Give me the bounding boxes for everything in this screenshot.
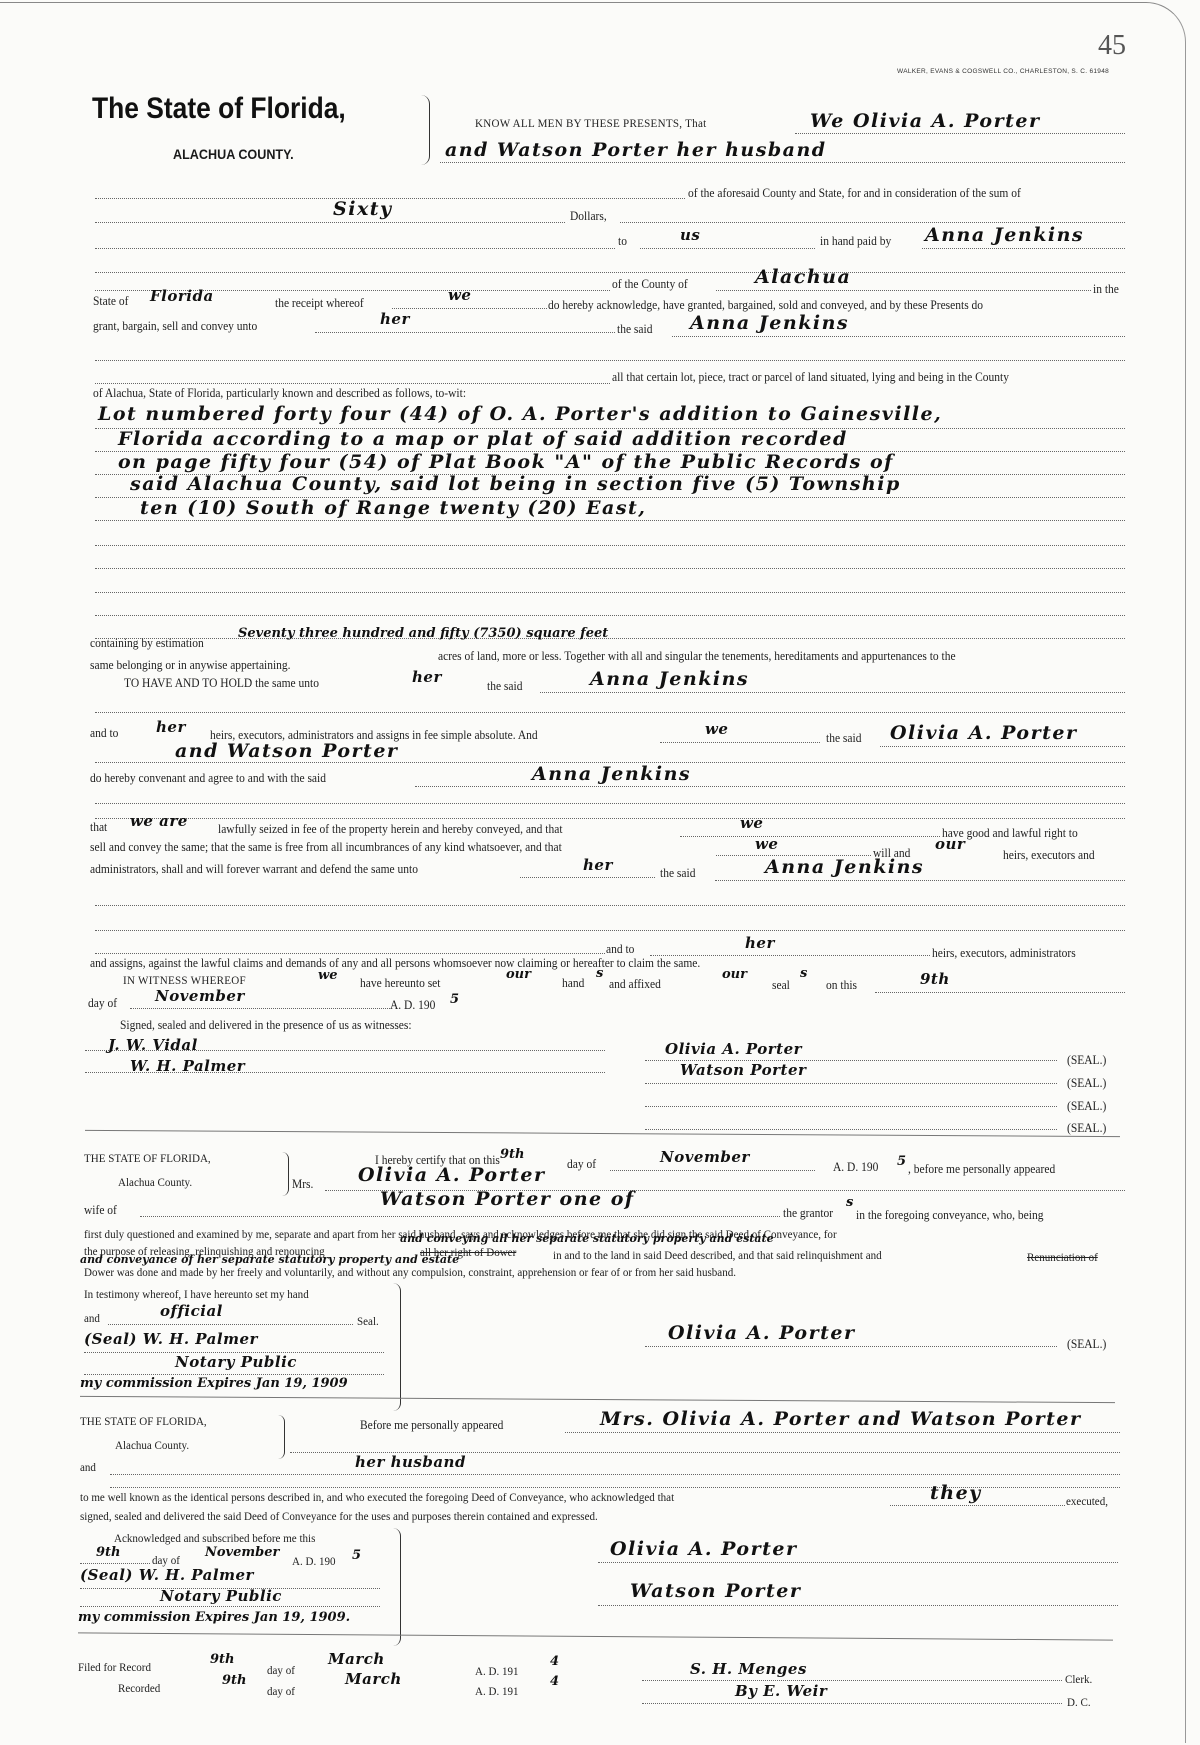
state-title: The State of Florida, [92, 92, 346, 126]
brace [278, 1415, 285, 1459]
to-have-value: her [412, 668, 442, 686]
to-label: to [618, 234, 627, 249]
seal-text: Seal. [357, 1314, 379, 1329]
notary-commission: my commission Expires Jan 19, 1909 [80, 1376, 348, 1391]
fill-line [640, 248, 815, 249]
fill-line [140, 1216, 780, 1217]
signer-2: Watson Porter [680, 1061, 806, 1079]
and-to-value-2: her [745, 934, 775, 952]
deputy-clerk-label: D. C. [1067, 1695, 1091, 1710]
admins-value: her [583, 856, 613, 874]
description-line-4: said Alachua County, said lot being in s… [130, 473, 901, 495]
receipt-value: we [448, 286, 471, 304]
fill-line [95, 520, 1125, 521]
county-heading: ALACHUA COUNTY. [173, 146, 294, 162]
and-to-label-2: and to [606, 942, 634, 957]
seal-label: seal [772, 978, 790, 993]
aforesaid-text: of the aforesaid County and State, for a… [688, 186, 1021, 201]
year-value: 5 [450, 992, 459, 1007]
recorded-year-value: 4 [550, 1674, 559, 1689]
state-label: THE STATE OF FLORIDA, [84, 1151, 211, 1166]
of-county-label: of the County of [612, 277, 688, 292]
in-witness-label: IN WITNESS WHEREOF [123, 973, 246, 988]
executed-label: executed, [1066, 1494, 1108, 1509]
fill-line [95, 615, 1125, 616]
to-value: us [680, 226, 700, 244]
fill-line [645, 1129, 1057, 1130]
grantee-value: Anna Jenkins [690, 312, 849, 334]
description-line-1: Lot numbered forty four (44) of O. A. Po… [98, 403, 942, 425]
fill-line [880, 746, 1125, 747]
fill-line [520, 877, 655, 878]
fill-line [95, 930, 1125, 931]
notary-name: (Seal) W. H. Palmer [84, 1330, 258, 1348]
containing-label: containing by estimation [90, 636, 204, 651]
certify-year-value: 5 [897, 1154, 906, 1169]
fill-line [680, 836, 940, 837]
and-value-2: her husband [355, 1453, 466, 1471]
affixed-label: and affixed [609, 977, 661, 992]
and-label-2: and [80, 1460, 96, 1475]
clerk-signature: S. H. Menges [690, 1660, 807, 1678]
fill-line [642, 1703, 1062, 1704]
and-value: we [705, 720, 728, 738]
notary-title: Notary Public [175, 1353, 297, 1371]
subscribed-month-value: November [205, 1545, 279, 1560]
seized-value: we [740, 814, 763, 832]
receipt-label: the receipt whereof [275, 296, 364, 311]
and-label: and [84, 1311, 100, 1326]
description-line-3: on page fifty four (54) of Plat Book "A"… [118, 451, 894, 473]
seal-label-4: (SEAL.) [1067, 1121, 1106, 1136]
appeared-label: , before me personally appeared [908, 1162, 1055, 1177]
filed-label: Filed for Record [78, 1660, 151, 1675]
ad-label: A. D. 190 [390, 998, 435, 1013]
and-to-label: and to [90, 726, 118, 741]
fill-line [415, 786, 1125, 787]
paid-by-label: in hand paid by [820, 234, 891, 249]
ad-label-3: A. D. 191 [475, 1664, 519, 1679]
heirs-text-3: heirs, executors, administrators [932, 946, 1076, 961]
of-alachua-text: of Alachua, State of Florida, particular… [93, 386, 466, 401]
brace [393, 1528, 401, 1646]
mrs-value: Olivia A. Porter [358, 1164, 545, 1186]
fill-line [95, 272, 1125, 273]
fill-line [645, 1346, 1057, 1347]
that-label: that [90, 820, 107, 835]
the-said-label-2: the said [826, 731, 861, 746]
warrant-grantee: Anna Jenkins [765, 856, 924, 878]
sell-text: sell and convey the same; that the same … [90, 840, 562, 855]
in-witness-value: we [318, 968, 337, 983]
all-that-text: all that certain lot, piece, tract or pa… [612, 370, 1009, 385]
fill-line [95, 545, 1125, 546]
fill-line [645, 1083, 1057, 1084]
subscribed-year-value: 5 [352, 1548, 361, 1563]
deed-page: 45 WALKER, EVANS & COGSWELL CO., CHARLES… [0, 0, 1200, 1745]
well-known-value: they [930, 1482, 982, 1504]
dollars-label: Dollars, [570, 209, 607, 224]
the-said-label-3: the said [660, 866, 695, 881]
fill-line [315, 332, 615, 333]
signer-1: Olivia A. Porter [665, 1040, 802, 1058]
description-line-2: Florida according to a map or plat of sa… [118, 428, 848, 450]
fill-line [540, 692, 1125, 693]
grantors-value-1: Olivia A. Porter [890, 722, 1077, 744]
wife-of-label: wife of [84, 1203, 117, 1218]
fill-line [610, 1170, 815, 1171]
county-value: Alachua [755, 266, 851, 288]
consideration-amount: Sixty [333, 198, 393, 220]
signed-text-2: signed, sealed and delivered the said De… [80, 1509, 598, 1524]
day-of-label-3: day of [267, 1663, 295, 1678]
state-of-label: State of [93, 294, 128, 309]
covenant-value: Anna Jenkins [532, 763, 691, 785]
same-belonging-text: same belonging or in anywise appertainin… [90, 658, 291, 673]
grant-label: grant, bargain, sell and convey unto [93, 319, 257, 334]
seized-text: lawfully seized in fee of the property h… [218, 822, 563, 837]
fill-line [80, 1606, 380, 1607]
ad-label-2: A. D. 190 [292, 1554, 336, 1569]
fill-line [95, 568, 1125, 569]
grantor-label: the grantor [783, 1206, 833, 1221]
fill-line [795, 133, 1125, 134]
hand-value: s [596, 966, 603, 981]
fill-line [598, 1562, 1118, 1563]
deputy-clerk-signature: By E. Weir [735, 1682, 827, 1700]
purpose-insert: and conveying all her separate statutory… [400, 1232, 774, 1245]
clerk-label: Clerk. [1065, 1672, 1092, 1687]
county-label: Alachua County. [118, 1175, 192, 1190]
fill-line [95, 953, 605, 954]
area-value: Seventy three hundred and fifty (7350) s… [238, 626, 608, 641]
seal-value: s [800, 966, 807, 981]
hand-label: hand [562, 976, 584, 991]
fill-line [645, 1106, 1057, 1107]
fill-line [95, 592, 1125, 593]
brace [421, 95, 430, 165]
fill-line [565, 1432, 1120, 1433]
fill-line [672, 336, 1125, 337]
sell-value: we [755, 835, 778, 853]
filed-month-value: March [328, 1650, 385, 1668]
day-value: 9th [920, 970, 950, 988]
mrs-label: Mrs. [292, 1177, 313, 1192]
county-label-2: Alachua County. [115, 1438, 189, 1453]
fill-line [108, 1324, 353, 1325]
recorded-day-value: 9th [222, 1673, 247, 1688]
ad-label: A. D. 190 [833, 1160, 878, 1175]
recorded-label: Recorded [118, 1681, 160, 1696]
set-label: have hereunto set [360, 976, 440, 991]
notary-commission-2: my commission Expires Jan 19, 1909. [78, 1610, 350, 1625]
fill-line [660, 742, 820, 743]
well-known-text: to me well known as the identical person… [80, 1490, 674, 1505]
on-this-label: on this [826, 978, 857, 993]
fill-line [392, 308, 547, 309]
state-value: Florida [150, 287, 214, 305]
printer-imprint: WALKER, EVANS & COGSWELL CO., CHARLESTON… [897, 68, 1109, 75]
foregoing-text: in the foregoing conveyance, who, being [856, 1208, 1043, 1223]
fill-line [642, 1680, 1062, 1681]
paid-by-value: Anna Jenkins [925, 224, 1084, 246]
fill-line [84, 1374, 384, 1375]
in-the-label: in the [1093, 282, 1119, 297]
fill-line [95, 905, 1125, 906]
subscribed-day-value: 9th [96, 1545, 121, 1560]
filed-year-value: 4 [550, 1654, 559, 1669]
day-of-label: day of [88, 996, 117, 1011]
day-of-label-4: day of [267, 1684, 295, 1699]
fill-line [95, 360, 1125, 361]
the-said-label: the said [617, 322, 652, 337]
page-number: 45 [1098, 30, 1126, 62]
acres-text: acres of land, more or less. Together wi… [438, 649, 956, 664]
intro-text: KNOW ALL MEN BY THESE PRESENTS, That [475, 116, 706, 131]
fill-line [598, 1605, 1118, 1606]
joint-signature-1: Olivia A. Porter [610, 1538, 797, 1560]
fill-line [875, 992, 1125, 993]
seal-label-1: (SEAL.) [1067, 1053, 1106, 1068]
and-to-value: her [156, 718, 186, 736]
state-label-2: THE STATE OF FLORIDA, [80, 1414, 207, 1429]
before-label: Before me personally appeared [360, 1418, 503, 1433]
fill-line [715, 880, 1125, 881]
seal-label-3: (SEAL.) [1067, 1099, 1106, 1114]
subscribed-text: Acknowledged and subscribed before me th… [114, 1531, 315, 1546]
brace [282, 1152, 289, 1196]
fill-line [95, 248, 615, 249]
fill-line [716, 290, 1091, 291]
heirs-text-2: heirs, executors and [1003, 848, 1095, 863]
witness-2: W. H. Palmer [130, 1057, 245, 1075]
grantor-s: s [846, 1195, 853, 1210]
covenant-label: do hereby convenant and agree to and wit… [90, 771, 326, 786]
fill-line [95, 818, 1125, 819]
assigns-text: and assigns, against the lawful claims a… [90, 956, 700, 971]
joint-signature-2: Watson Porter [630, 1580, 801, 1602]
renunciation-struck: Renunciation of [1027, 1250, 1098, 1265]
in-and-to-text: in and to the land in said Deed describe… [553, 1248, 882, 1263]
notary-name-2: (Seal) W. H. Palmer [80, 1566, 254, 1584]
set-value: our [506, 967, 531, 982]
and-value: official [160, 1302, 223, 1320]
month-value: November [155, 987, 245, 1005]
wife-of-value: Watson Porter one of [380, 1188, 635, 1210]
dower-text: Dower was done and made by her freely an… [84, 1265, 736, 1280]
witness-1: J. W. Vidal [108, 1036, 198, 1054]
will-value: our [935, 835, 965, 853]
fill-line [620, 222, 1125, 223]
to-have-label: TO HAVE AND TO HOLD the same unto [124, 676, 319, 691]
fill-line [95, 222, 565, 223]
recorded-month-value: March [345, 1670, 402, 1688]
day-of-label: day of [567, 1157, 596, 1172]
seal-label-wife: (SEAL.) [1067, 1337, 1106, 1352]
grantors-value-2: and Watson Porter [175, 740, 398, 762]
acknowledge-text: do hereby acknowledge, have granted, bar… [548, 298, 983, 313]
grant-value: her [380, 310, 410, 328]
the-said-label: the said [487, 679, 522, 694]
description-line-5: ten (10) South of Range twenty (20) East… [140, 497, 646, 519]
ad-label-4: A. D. 191 [475, 1684, 519, 1699]
affixed-value: our [722, 967, 747, 982]
wife-signature: Olivia A. Porter [668, 1322, 855, 1344]
certify-month-value: November [660, 1148, 750, 1166]
fill-line [922, 248, 1125, 249]
brace [393, 1283, 401, 1411]
admins-text: administrators, shall and will forever w… [90, 862, 418, 877]
fill-line [95, 712, 1125, 713]
fill-line [130, 1008, 390, 1009]
filed-day-value: 9th [210, 1652, 235, 1667]
grantors-line-1: We Olivia A. Porter [810, 110, 1040, 132]
testimony-text: In testimony whereof, I have hereunto se… [84, 1287, 309, 1302]
fill-line [440, 162, 1125, 163]
certify-day-value: 9th [500, 1147, 525, 1162]
to-have-grantee: Anna Jenkins [590, 668, 749, 690]
grantors-line-2: and Watson Porter her husband [445, 139, 827, 161]
that-value: we are [130, 812, 188, 830]
fill-line [890, 1505, 1065, 1506]
fill-line [110, 1474, 1120, 1475]
fill-line [80, 1563, 150, 1564]
signed-text: Signed, sealed and delivered in the pres… [120, 1018, 412, 1033]
fill-line [95, 803, 1125, 804]
seal-label-2: (SEAL.) [1067, 1076, 1106, 1091]
before-value: Mrs. Olivia A. Porter and Watson Porter [600, 1408, 1082, 1430]
fill-line [95, 383, 610, 384]
notary-title-2: Notary Public [160, 1587, 282, 1605]
